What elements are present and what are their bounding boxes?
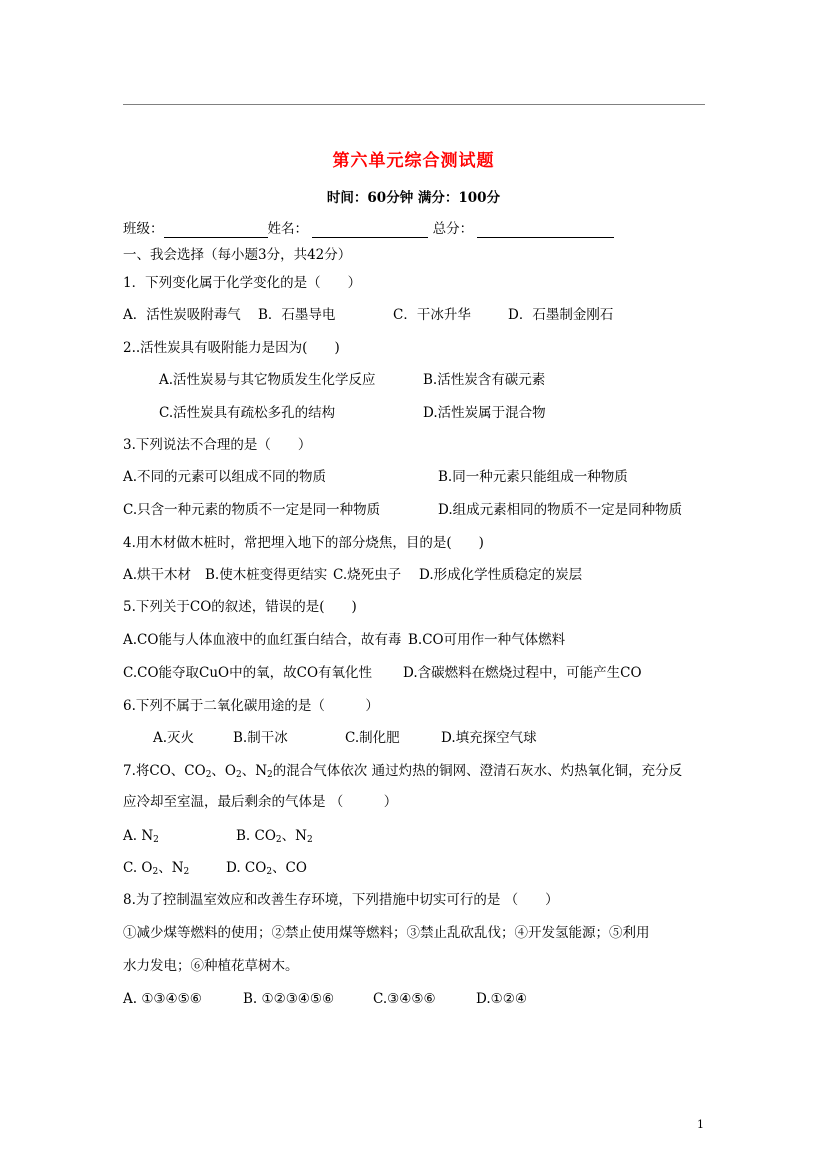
option-b[interactable]: B.使木桩变得更结实: [205, 566, 327, 584]
question-1-options: A．活性炭吸附毒气 B．石墨导电 C．干冰升华 D．石墨制金刚石: [123, 306, 723, 324]
option-a[interactable]: A.CO能与人体血液中的血红蛋白结合，故有毒: [123, 631, 401, 649]
question-2-options-row2: C.活性炭具有疏松多孔的结构 D.活性炭属于混合物: [123, 404, 723, 422]
option-d[interactable]: D.活性炭属于混合物: [423, 404, 546, 422]
option-b[interactable]: B. ①②③④⑤⑥: [243, 990, 334, 1008]
page-number: 1: [697, 1118, 704, 1131]
class-label: 班级：: [123, 221, 164, 237]
option-c[interactable]: C.活性炭具有疏松多孔的结构: [159, 404, 335, 422]
score-label: 总分：: [433, 221, 474, 237]
option-b[interactable]: B. CO2、N2: [236, 827, 313, 849]
option-a[interactable]: A.灭火: [153, 729, 194, 747]
option-c[interactable]: C.只含一种元素的物质不一定是同一种物质: [123, 501, 380, 519]
q7-text: 、N: [242, 763, 267, 779]
subscript: 2: [307, 835, 313, 845]
question-1-stem: 1．下列变化属于化学变化的是（ ）: [123, 274, 361, 292]
option-a[interactable]: A．活性炭吸附毒气: [123, 306, 241, 324]
option-b[interactable]: B.CO可用作一种气体燃料: [408, 631, 565, 649]
question-5-options-row1: A.CO能与人体血液中的血红蛋白结合，故有毒 B.CO可用作一种气体燃料: [123, 631, 723, 649]
exam-time-score: 时间：60分钟 满分：100分: [0, 186, 827, 206]
question-8-stem: 8.为了控制温室效应和改善生存环境，下列措施中切实可行的是 （ ）: [123, 891, 559, 909]
option-a[interactable]: A.活性炭易与其它物质发生化学反应: [159, 371, 376, 389]
option-text: 、N: [158, 860, 183, 876]
name-blank[interactable]: [312, 223, 428, 238]
option-d[interactable]: D．石墨制金刚石: [508, 306, 613, 324]
header-rule: [123, 104, 705, 105]
option-b[interactable]: B.活性炭含有碳元素: [423, 371, 545, 389]
option-d[interactable]: D.填充探空气球: [441, 729, 537, 747]
option-c[interactable]: C.制化肥: [345, 729, 400, 747]
q7-text: 的混合气体依次 通过灼热的铜网、澄清石灰水、灼热氧化铜，充分反: [273, 763, 682, 779]
option-text: 、CO: [272, 860, 307, 876]
class-blank[interactable]: [164, 223, 268, 238]
question-7-stem-line2: 应冷却至室温，最后剩余的气体是 （ ）: [123, 793, 397, 811]
question-7-options-row2: C. O2、N2 D. CO2、CO: [123, 859, 723, 877]
subscript: 2: [184, 867, 190, 877]
question-4-options: A.烘干木材 B.使木桩变得更结实 C.烧死虫子 D.形成化学性质稳定的炭层: [123, 566, 723, 584]
option-a[interactable]: A. ①③④⑤⑥: [123, 990, 202, 1008]
option-text: C. O: [123, 860, 153, 876]
q7-text: 7.将CO、CO: [123, 763, 206, 779]
option-d[interactable]: D.含碳燃料在燃烧过程中，可能产生CO: [403, 664, 642, 682]
option-c[interactable]: C.烧死虫子: [333, 566, 401, 584]
question-5-stem: 5.下列关于CO的叙述，错误的是( ): [123, 598, 357, 616]
question-4-stem: 4.用木材做木桩时，常把埋入地下的部分烧焦，目的是( ): [123, 534, 484, 552]
student-info-row: 班级：姓名： 总分：: [123, 220, 614, 238]
score-blank[interactable]: [477, 223, 614, 238]
question-8-options: A. ①③④⑤⑥ B. ①②③④⑤⑥ C.③④⑤⑥ D.①②④: [123, 990, 723, 1008]
option-d[interactable]: D. CO2、CO: [226, 859, 307, 881]
question-6-options: A.灭火 B.制干冰 C.制化肥 D.填充探空气球: [123, 729, 723, 747]
option-d[interactable]: D.①②④: [476, 990, 527, 1008]
option-c[interactable]: C．干冰升华: [393, 306, 471, 324]
question-5-options-row2: C.CO能夺取CuO中的氧，故CO有氧化性 D.含碳燃料在燃烧过程中，可能产生C…: [123, 664, 723, 682]
question-2-options-row1: A.活性炭易与其它物质发生化学反应 B.活性炭含有碳元素: [123, 371, 723, 389]
option-b[interactable]: B．石墨导电: [258, 306, 335, 324]
page-title: 第六单元综合测试题: [0, 146, 827, 171]
option-c[interactable]: C.③④⑤⑥: [373, 990, 436, 1008]
option-a[interactable]: A.烘干木材: [123, 566, 191, 584]
question-3-stem: 3.下列说法不合理的是（ ）: [123, 436, 311, 454]
option-text: 、N: [282, 828, 307, 844]
option-a[interactable]: A.不同的元素可以组成不同的物质: [123, 468, 326, 486]
subscript: 2: [153, 835, 159, 845]
question-2-stem: 2..活性炭具有吸附能力是因为( ): [123, 339, 340, 357]
question-8-statements-line1: ①减少煤等燃料的使用；②禁止使用煤等燃料；③禁止乱砍乱伐；④开发氢能源；⑤利用: [123, 924, 650, 942]
question-8-statements-line2: 水力发电；⑥种植花草树木。: [123, 957, 299, 975]
section-heading: 一、我会选择（每小题3分，共42分）: [123, 246, 351, 264]
option-a[interactable]: A. N2: [123, 827, 159, 849]
q7-text: 、O: [211, 763, 236, 779]
question-7-stem-line1: 7.将CO、CO2、O2、N2的混合气体依次 通过灼热的铜网、澄清石灰水、灼热氧…: [123, 762, 682, 784]
option-d[interactable]: D.组成元素相同的物质不一定是同种物质: [438, 501, 682, 519]
option-c[interactable]: C. O2、N2: [123, 859, 189, 881]
option-text: B. CO: [236, 828, 276, 844]
option-text: D. CO: [226, 860, 266, 876]
name-label: 姓名：: [268, 221, 309, 237]
option-c[interactable]: C.CO能夺取CuO中的氧，故CO有氧化性: [123, 664, 372, 682]
question-6-stem: 6.下列不属于二氧化碳用途的是（ ）: [123, 697, 379, 715]
question-3-options-row2: C.只含一种元素的物质不一定是同一种物质 D.组成元素相同的物质不一定是同种物质: [123, 501, 723, 519]
option-text: A. N: [123, 828, 153, 844]
question-7-options-row1: A. N2 B. CO2、N2: [123, 827, 723, 845]
option-b[interactable]: B.制干冰: [233, 729, 288, 747]
option-b[interactable]: B.同一种元素只能组成一种物质: [438, 468, 628, 486]
option-d[interactable]: D.形成化学性质稳定的炭层: [419, 566, 582, 584]
question-3-options-row1: A.不同的元素可以组成不同的物质 B.同一种元素只能组成一种物质: [123, 468, 723, 486]
